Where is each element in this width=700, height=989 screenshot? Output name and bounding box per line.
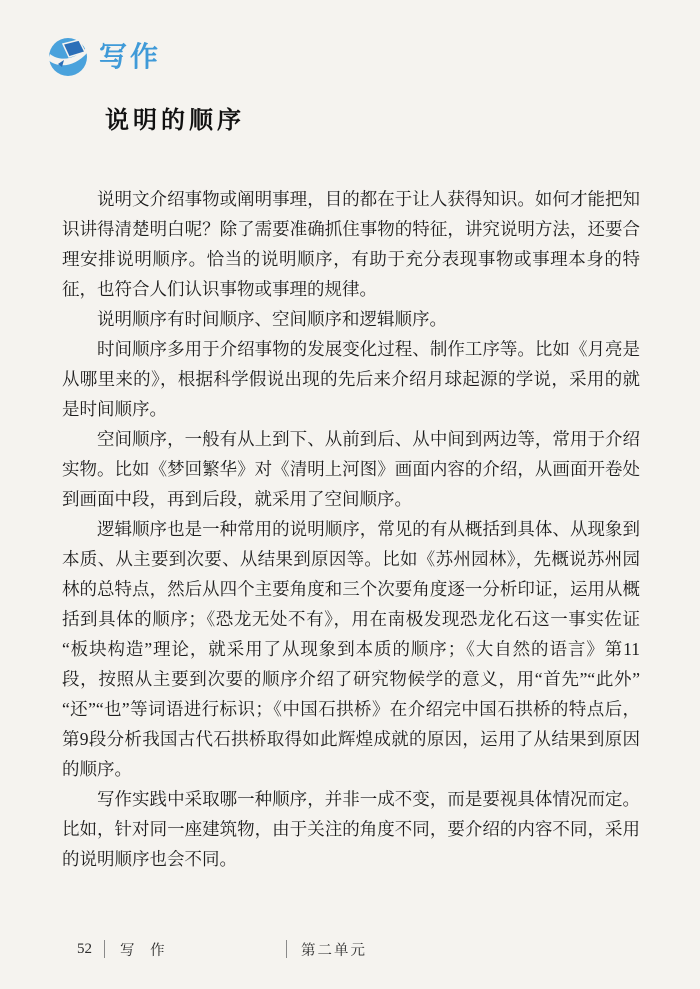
footer-section-label: 写 作 [120,939,171,960]
body-paragraph: 空间顺序，一般有从上到下、从前到后、从中间到两边等，常用于介绍实物。比如《梦回繁… [62,424,640,514]
body-text: 说明文介绍事物或阐明事理，目的都在于让人获得知识。如何才能把知识讲得清楚明白呢？… [62,184,640,874]
body-paragraph: 说明文介绍事物或阐明事理，目的都在于让人获得知识。如何才能把知识讲得清楚明白呢？… [62,184,640,304]
page-footer: 52 写 作 第二单元 [0,936,700,962]
body-paragraph: 逻辑顺序也是一种常用的说明顺序，常见的有从概括到具体、从现象到本质、从主要到次要… [62,514,640,784]
textbook-page: 写作 说明的顺序 说明文介绍事物或阐明事理，目的都在于让人获得知识。如何才能把知… [0,0,700,989]
body-paragraph: 说明顺序有时间顺序、空间顺序和逻辑顺序。 [62,304,640,334]
body-paragraph: 时间顺序多用于介绍事物的发展变化过程、制作工序等。比如《月亮是从哪里来的》，根据… [62,334,640,424]
footer-divider [286,940,287,958]
section-label: 写作 [99,41,161,71]
body-paragraph: 写作实践中采取哪一种顺序，并非一成不变，而是要视具体情况而定。比如，针对同一座建… [62,784,640,874]
page-number: 52 [77,941,92,958]
footer-unit-label: 第二单元 [301,939,367,960]
section-header: 写作 [46,34,161,78]
writing-pen-book-icon [46,34,90,78]
page-title: 说明的顺序 [105,100,245,135]
footer-divider [104,940,105,958]
